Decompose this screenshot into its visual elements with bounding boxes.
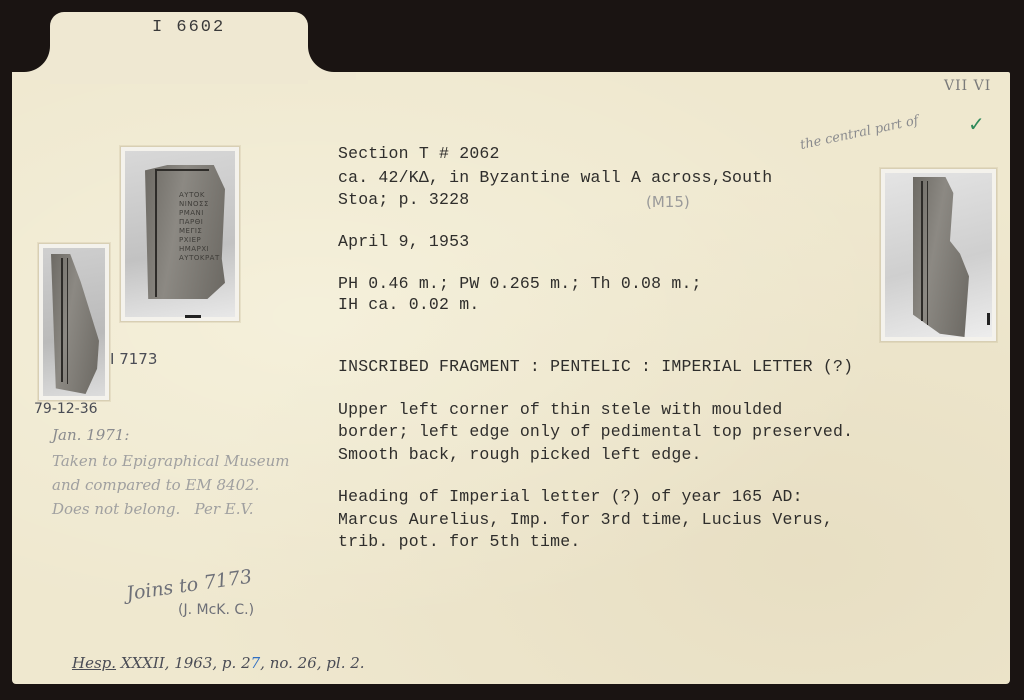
museum-note-line: Taken to Epigraphical Museum [52,452,290,470]
photo-label-i7173: I 7173 [110,350,157,368]
photo-fragment-side-left [38,243,110,401]
inscription-line: ΑΥΤΟΚΡΑΤ [179,254,227,263]
description-line: Smooth back, rough picked left edge. [338,444,702,466]
inscription-line: ΠΑΡΘΙ [179,218,227,227]
inscription-line: ΝΙΝΟΣΣ [179,200,227,209]
museum-note-line: and compared to EM 8402. [52,476,259,494]
inventory-number: I 6602 [152,18,225,37]
description-line: Upper left corner of thin stele with mou… [338,399,782,421]
find-location-line1: ca. 42/KΔ, in Byzantine wall A across,So… [338,167,772,189]
inscription-line: ΡΜΑΝΙ [179,209,227,218]
find-location-line2: Stoa; p. 3228 [338,189,469,211]
photo-inscribed-fragment-front: ΑΥΤΟΚ ΝΙΝΟΣΣ ΡΜΑΝΙ ΠΑΡΘΙ ΜΕΓΙΣ ΡΧΙΕΡ ΗΜΑ… [120,146,240,322]
corrected-page-digit: 7 [251,654,261,672]
find-date: April 9, 1953 [338,231,469,253]
photo-negative-number: 79-12-36 [34,401,98,417]
scale-bar [185,315,201,318]
journal-abbrev: Hesp. [72,654,116,672]
scale-bar [987,313,990,325]
dimensions-line2: IH ca. 0.02 m. [338,294,479,316]
section-number: Section T # 2062 [338,143,500,165]
museum-note-line: Does not belong. Per E.V. [52,500,253,518]
museum-visit-date: Jan. 1971: [52,426,129,444]
heading-line: Marcus Aurelius, Imp. for 3rd time, Luci… [338,509,833,531]
photo-joining-fragment-right [880,168,997,342]
inscription-line: ΑΥΤΟΚ [179,191,227,200]
joins-initials: (J. McK. C.) [178,602,254,618]
inscription-line: ΜΕΓΙΣ [179,227,227,236]
reference-volume-page: XXXII, 1963, p. 2 [116,654,251,672]
heading-line: Heading of Imperial letter (?) of year 1… [338,486,803,508]
roman-numeral-marks: VII VI [944,78,991,94]
bibliographic-reference: Hesp. XXXII, 1963, p. 27, no. 26, pl. 2. [72,654,365,672]
inscription-letters: ΑΥΤΟΚ ΝΙΝΟΣΣ ΡΜΑΝΙ ΠΑΡΘΙ ΜΕΓΙΣ ΡΧΙΕΡ ΗΜΑ… [179,191,227,263]
heading-line: trib. pot. for 5th time. [338,531,580,553]
dimensions-line1: PH 0.46 m.; PW 0.265 m.; Th 0.08 m.; [338,273,702,295]
description-line: border; left edge only of pedimental top… [338,421,853,443]
classification: INSCRIBED FRAGMENT : PENTELIC : IMPERIAL… [338,356,853,378]
m15-note: (M15) [646,193,690,211]
checkmark-icon: ✓ [968,112,985,136]
inscription-line: ΡΧΙΕΡ [179,236,227,245]
inscription-line: ΗΜΑΡΧΙ [179,245,227,254]
reference-number-plate: , no. 26, pl. 2. [260,654,364,672]
